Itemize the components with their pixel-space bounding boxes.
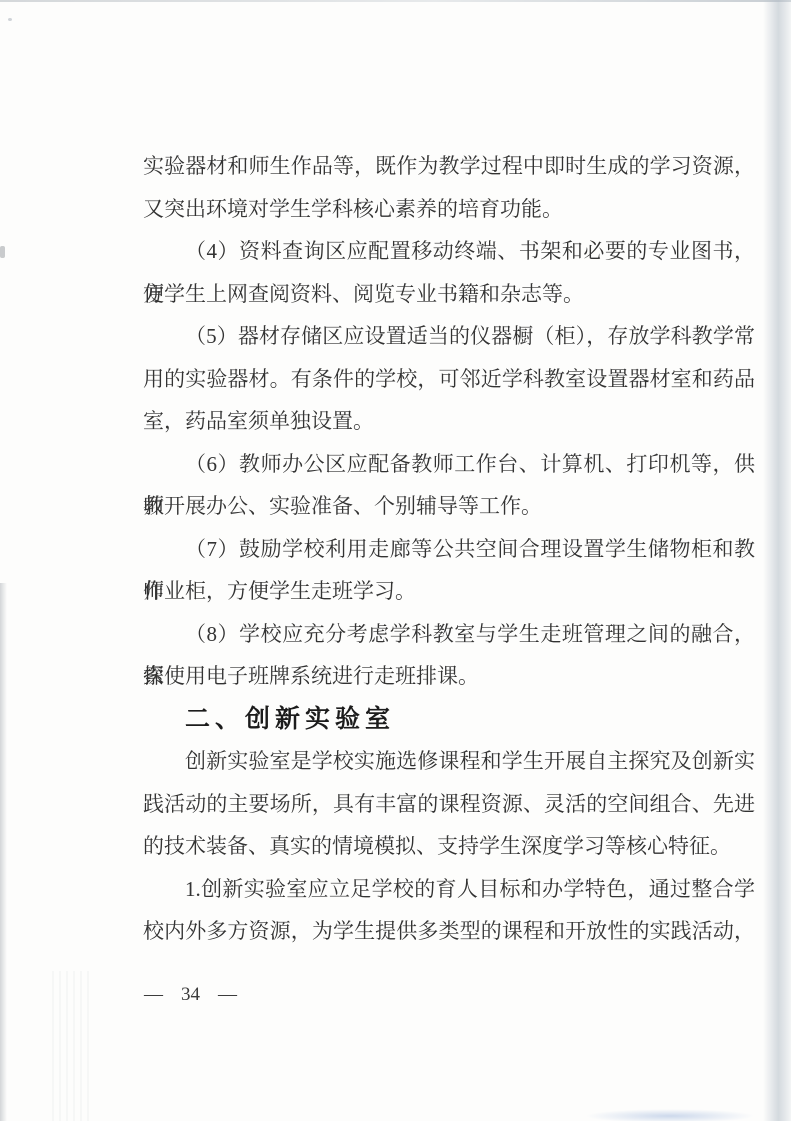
scanned-page: 实验器材和师生作品等，既作为教学过程中即时生成的学习资源， 又突出环境对学生学科… [0,0,791,1121]
text-line: 校内外多方资源，为学生提供多类型的课程和开放性的实践活动， [143,910,755,953]
scan-mark-artifact [0,246,5,258]
page-number-dash-right: — [218,984,237,1006]
scan-left-edge [0,583,7,1121]
text-line: 的技术装备、真实的情境模拟、支持学生深度学习等核心特征。 [143,825,755,868]
text-line: （6）教师办公区应配备教师工作台、计算机、打印机等，供教 [143,443,755,486]
text-line: 实验器材和师生作品等，既作为教学过程中即时生成的学习资源， [143,145,755,188]
scan-top-edge [0,0,791,2]
section-heading: 二、创新实验室 [143,698,755,741]
text-line: 索使用电子班牌系统进行走班排课。 [143,655,755,698]
text-line: 作业柜，方便学生走班学习。 [143,570,755,613]
text-line: 又突出环境对学生学科核心素养的培育功能。 [143,188,755,231]
text-line: 用的实验器材。有条件的学校，可邻近学科教室设置器材室和药品 [143,358,755,401]
text-line: 便学生上网查阅资料、阅览专业书籍和杂志等。 [143,273,755,316]
text-line: 1.创新实验室应立足学校的育人目标和办学特色，通过整合学 [143,868,755,911]
scan-page-curl-shadow [763,0,791,1121]
scan-speck-artifact [8,18,12,21]
text-line: 室，药品室须单独设置。 [143,400,755,443]
page-number-dash-left: — [144,984,163,1006]
scan-smudge-artifact [585,1109,755,1121]
text-line: 师开展办公、实验准备、个别辅导等工作。 [143,485,755,528]
page-number: — 34 — [144,984,237,1006]
text-line: （7）鼓励学校利用走廊等公共空间合理设置学生储物柜和教师 [143,528,755,571]
text-line: （5）器材存储区应设置适当的仪器橱（柜），存放学科教学常 [143,315,755,358]
page-number-value: 34 [181,984,200,1006]
scan-streak-artifact [52,971,92,1121]
text-line: （4）资料查询区应配置移动终端、书架和必要的专业图书，方 [143,230,755,273]
text-line: 践活动的主要场所，具有丰富的课程资源、灵活的空间组合、先进 [143,783,755,826]
text-line: 创新实验室是学校实施选修课程和学生开展自主探究及创新实 [143,740,755,783]
document-body: 实验器材和师生作品等，既作为教学过程中即时生成的学习资源， 又突出环境对学生学科… [143,145,755,953]
text-line: （8）学校应充分考虑学科教室与学生走班管理之间的融合，探 [143,613,755,656]
